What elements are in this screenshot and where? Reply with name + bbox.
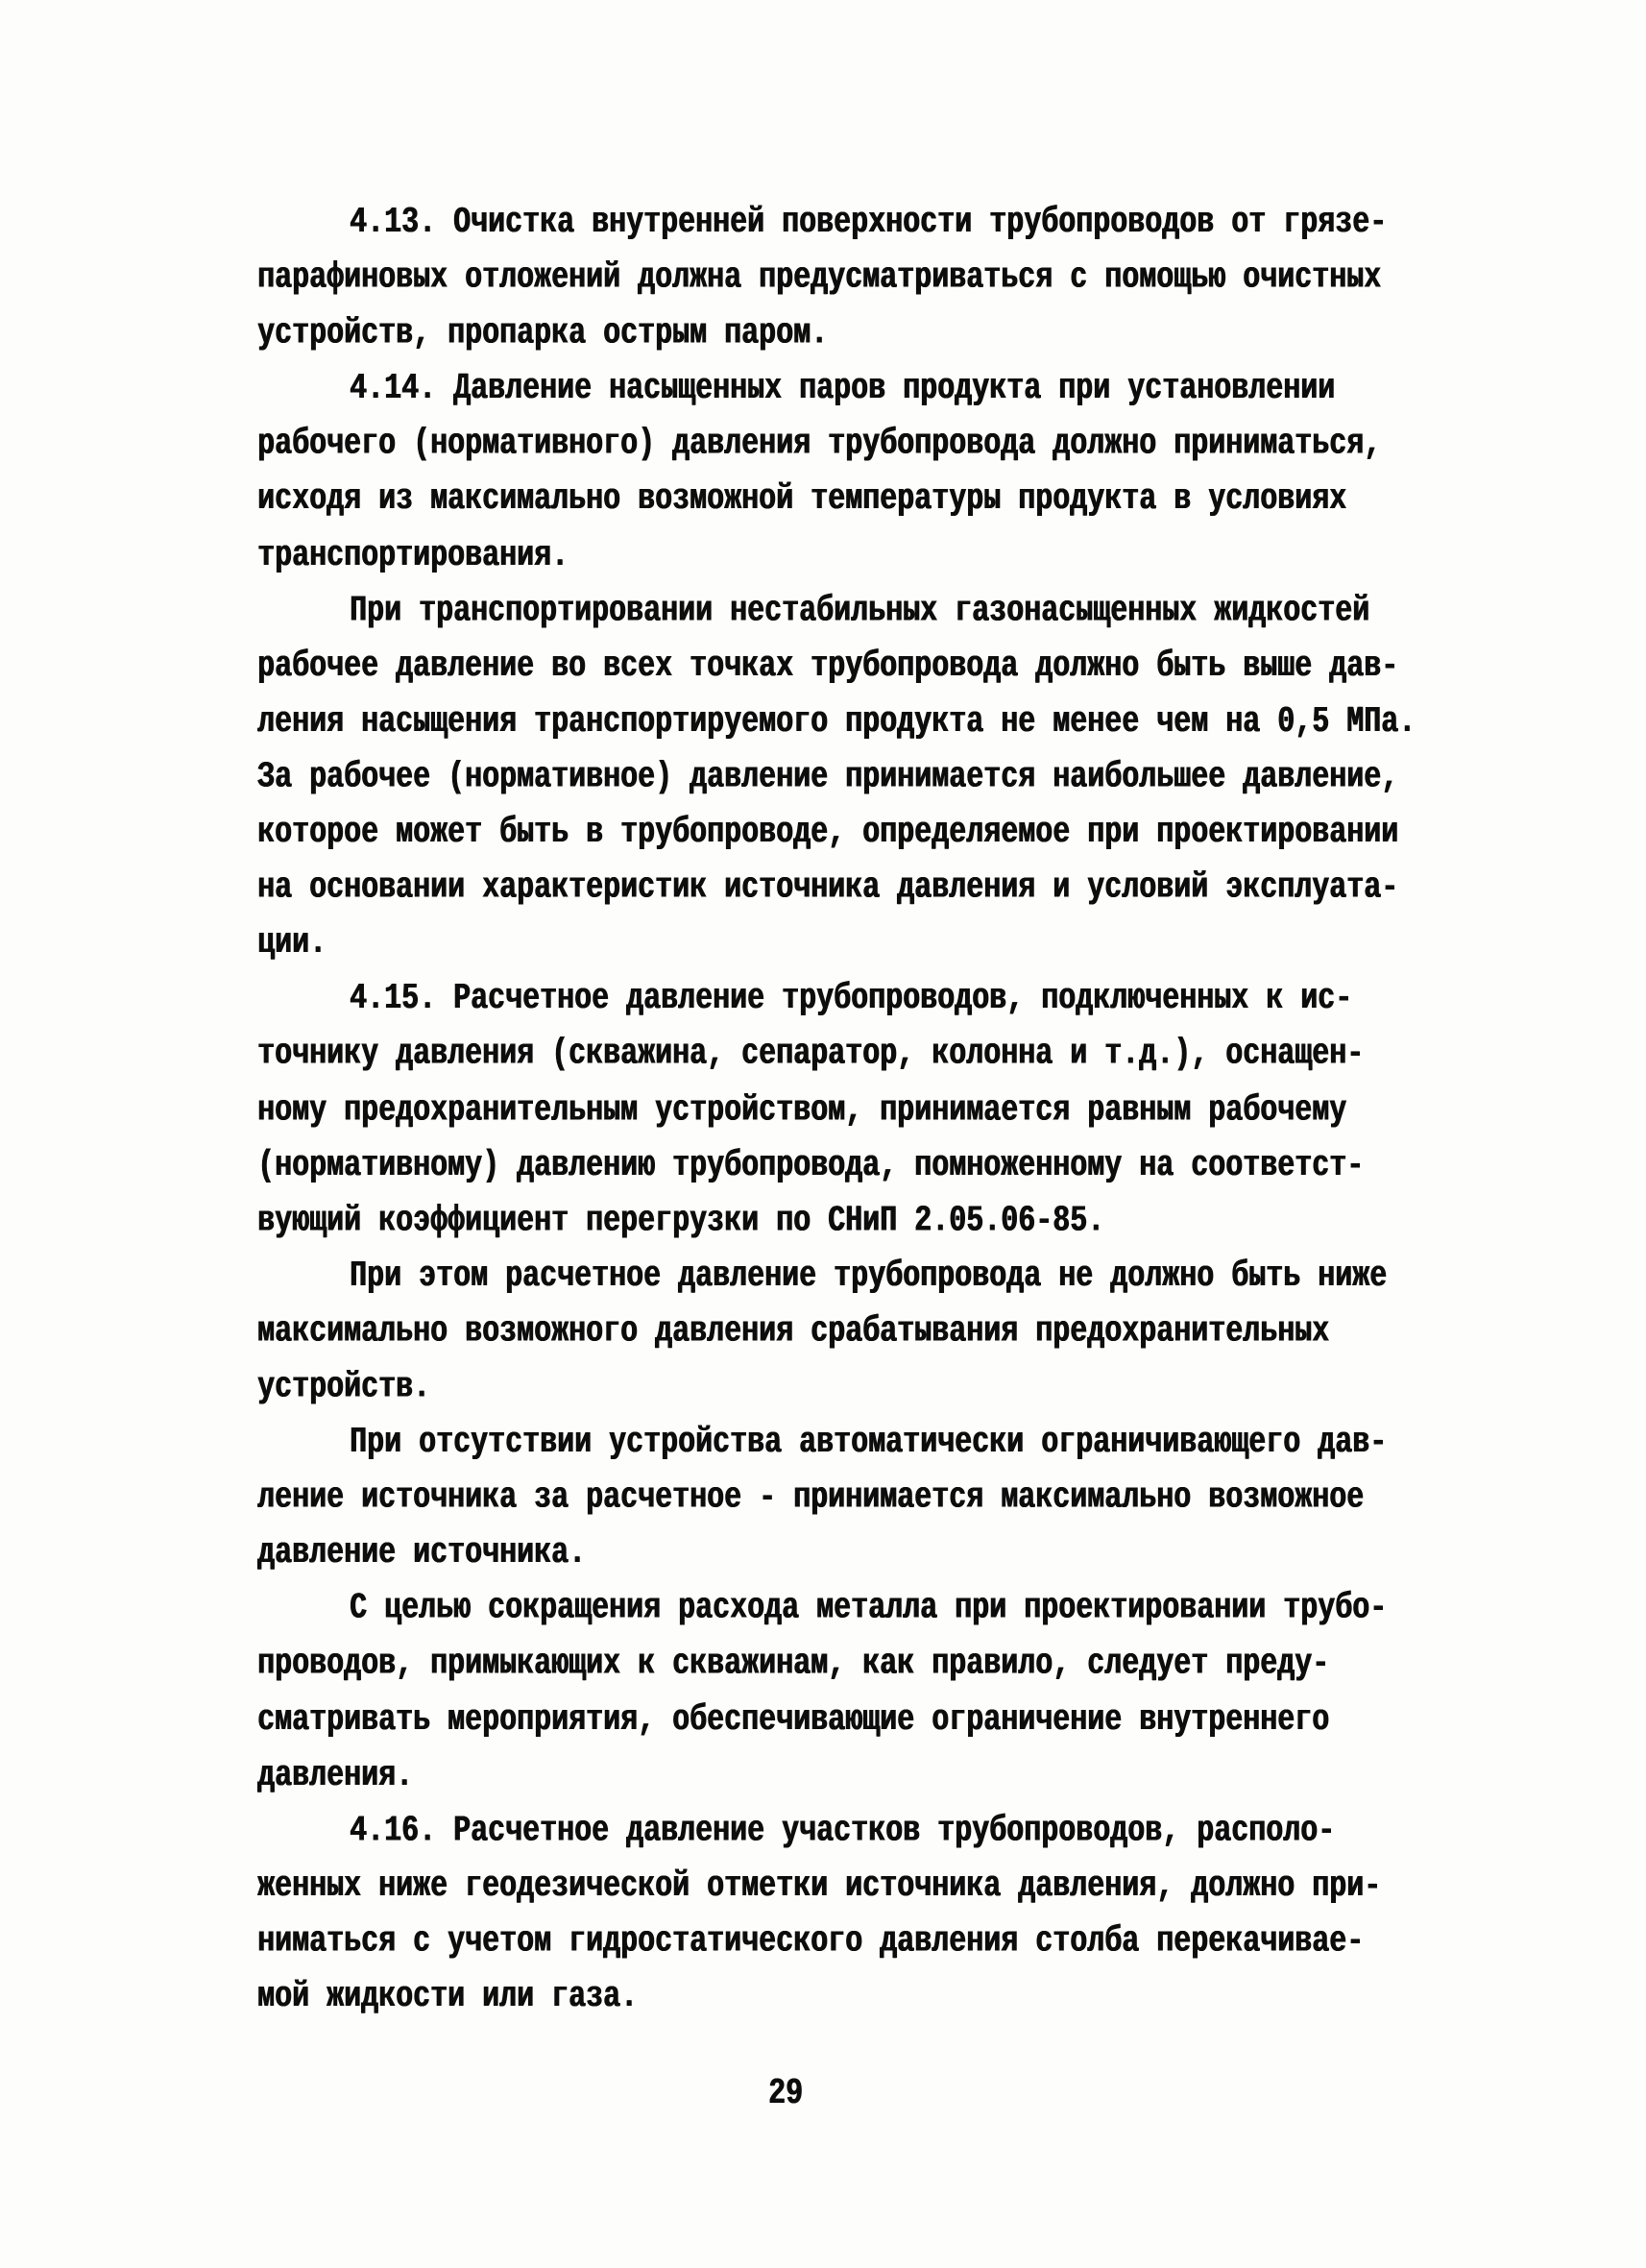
text-line: (нормативному) давлению трубопровода, по… (257, 1138, 1448, 1194)
text-line: транспортирования. (257, 528, 1448, 584)
text-line: исходя из максимально возможной температ… (257, 474, 1448, 529)
text-line: давления. (257, 1748, 1448, 1804)
text-line: ление источника за расчетное - принимает… (257, 1472, 1448, 1527)
text-line: точнику давления (скважина, сепаратор, к… (257, 1028, 1448, 1084)
text-line: 4.14. Давление насыщенных паров продукта… (257, 362, 1448, 418)
text-line: проводов, примыкающих к скважинам, как п… (257, 1638, 1448, 1694)
text-line: мой жидкости или газа. (257, 1970, 1448, 2026)
text-line: ции. (257, 916, 1448, 972)
text-line: сматривать мероприятия, обеспечивающие о… (257, 1693, 1448, 1748)
document-page: 4.13. Очистка внутренней поверхности тру… (0, 0, 1646, 2268)
text-line: вующий коэффициент перегрузки по СНиП 2.… (257, 1194, 1448, 1250)
text-line: При транспортировании нестабильных газон… (257, 584, 1448, 640)
text-line: При отсутствии устройства автоматически … (257, 1416, 1448, 1472)
text-line: устройств, пропарка острым паром. (257, 306, 1448, 362)
text-line: С целью сокращения расхода металла при п… (257, 1582, 1448, 1638)
document-text: 4.13. Очистка внутренней поверхности тру… (257, 196, 1448, 2026)
text-line: максимально возможного давления срабатыв… (257, 1305, 1448, 1360)
text-line: 4.15. Расчетное давление трубопроводов, … (257, 972, 1448, 1028)
text-line: устройств. (257, 1360, 1448, 1416)
page-number: 29 (768, 2067, 803, 2123)
text-line: рабочего (нормативного) давления трубопр… (257, 418, 1448, 474)
text-line: ниматься с учетом гидростатического давл… (257, 1914, 1448, 1970)
text-line: ному предохранительным устройством, прин… (257, 1084, 1448, 1139)
text-line: При этом расчетное давление трубопровода… (257, 1250, 1448, 1305)
text-line: на основании характеристик источника дав… (257, 862, 1448, 917)
text-line: парафиновых отложений должна предусматри… (257, 252, 1448, 307)
text-line: женных ниже геодезической отметки источн… (257, 1860, 1448, 1915)
text-line: 4.13. Очистка внутренней поверхности тру… (257, 196, 1448, 252)
text-line: которое может быть в трубопроводе, опред… (257, 806, 1448, 862)
text-line: ления насыщения транспортируемого продук… (257, 695, 1448, 750)
text-line: давление источника. (257, 1526, 1448, 1582)
text-line: рабочее давление во всех точках трубопро… (257, 640, 1448, 695)
text-line: За рабочее (нормативное) давление приним… (257, 750, 1448, 806)
text-line: 4.16. Расчетное давление участков трубоп… (257, 1804, 1448, 1860)
